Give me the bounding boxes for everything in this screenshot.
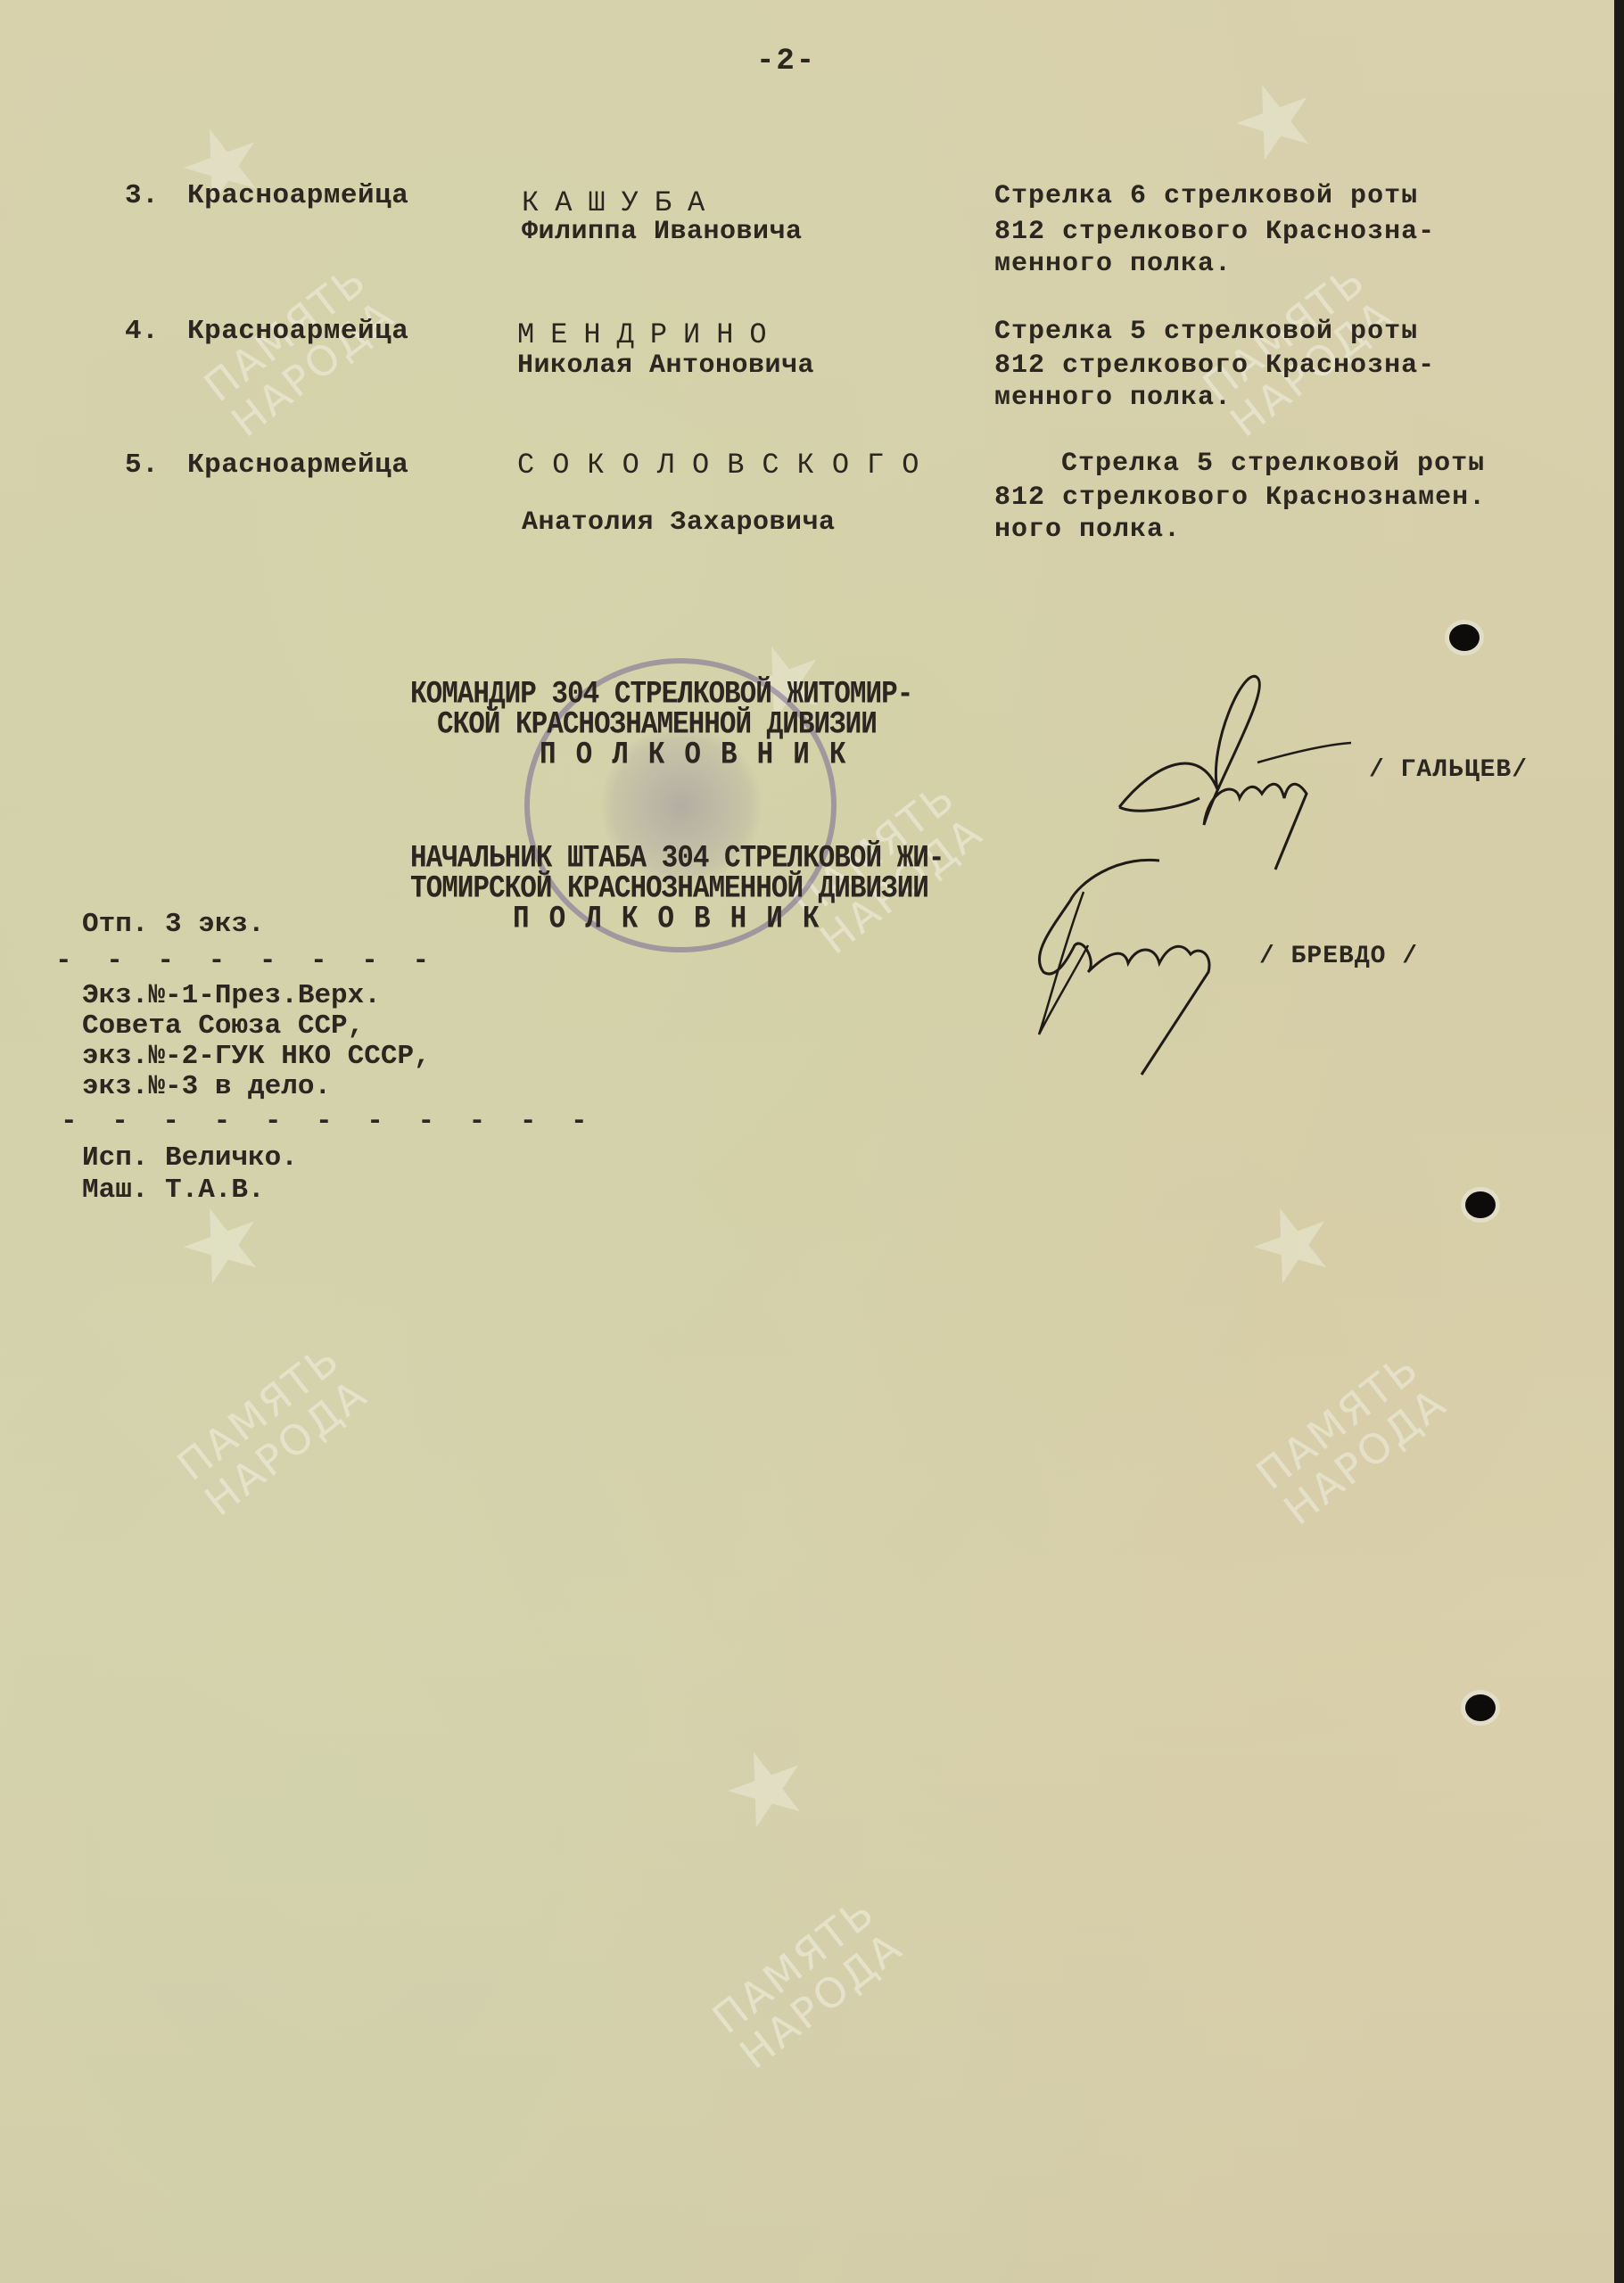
- punch-hole: [1449, 624, 1480, 651]
- chief-title-line: ТОМИРСКОЙ КРАСНОЗНАМЕННОЙ ДИВИЗИИ: [410, 874, 928, 905]
- entry-number: 3.: [125, 178, 159, 214]
- commander-signature: [1101, 655, 1369, 870]
- commander-name: / ГАЛЬЦЕВ/: [1369, 756, 1528, 784]
- entry-given-names: Анатолия Захаровича: [522, 505, 836, 540]
- distribution-line: Совета Союза ССР,: [82, 1013, 364, 1040]
- entry-rank: Красноармейца: [187, 314, 408, 350]
- entry-unit-line: менного полка.: [994, 380, 1232, 416]
- entry-rank: Красноармейца: [187, 178, 408, 214]
- entry-unit-line: 812 стрелкового Краснозна-: [994, 214, 1435, 250]
- entry-unit-line: Стрелка 5 стрелковой роты: [1061, 446, 1485, 482]
- distribution-line: Экз.№-1-През.Верх.: [82, 983, 381, 1010]
- entry-unit-line: менного полка.: [994, 246, 1232, 282]
- entry-rank: Красноармейца: [187, 448, 408, 483]
- chief-name: / БРЕВДО /: [1259, 943, 1418, 970]
- entry-unit-line: 812 стрелкового Краснозна-: [994, 348, 1435, 383]
- entry-number: 4.: [125, 314, 159, 350]
- distribution-line: экз.№-3 в дело.: [82, 1074, 331, 1100]
- chief-signature: [1026, 856, 1257, 1088]
- chief-title-line: НАЧАЛЬНИК ШТАБА 304 СТРЕЛКОВОЙ ЖИ-: [410, 844, 944, 875]
- commander-title-line: КОМАНДИР 304 СТРЕЛКОВОЙ ЖИТОМИР-: [410, 680, 912, 711]
- distribution-line: экз.№-2-ГУК НКО СССР,: [82, 1043, 431, 1070]
- copies-count: Отп. 3 экз.: [82, 911, 265, 938]
- punch-hole: [1465, 1694, 1496, 1721]
- page-number: -2-: [756, 45, 816, 78]
- entry-number: 5.: [125, 448, 159, 483]
- entry-surname: СОКОЛОВСКОГО: [517, 448, 936, 483]
- commander-rank: ПОЛКОВНИК: [540, 740, 865, 771]
- separator: - - - - - - - -: [55, 945, 438, 977]
- executor: Исп. Величко.: [82, 1145, 298, 1172]
- entry-unit-line: Стрелка 6 стрелковой роты: [994, 178, 1418, 214]
- entry-given-names: Филиппа Ивановича: [522, 214, 803, 250]
- entry-unit-line: ного полка.: [994, 512, 1181, 548]
- entry-given-names: Николая Антоновича: [517, 348, 814, 383]
- typist: Маш. Т.А.В.: [82, 1177, 265, 1204]
- entry-unit-line: 812 стрелкового Краснознамен.: [994, 480, 1486, 515]
- punch-hole: [1465, 1191, 1496, 1218]
- separator: - - - - - - - - - - -: [61, 1106, 597, 1137]
- chief-rank: ПОЛКОВНИК: [513, 904, 838, 935]
- entry-unit-line: Стрелка 5 стрелковой роты: [994, 314, 1418, 350]
- scan-edge: [1614, 0, 1624, 2283]
- commander-title-line: СКОЙ КРАСНОЗНАМЕННОЙ ДИВИЗИИ: [437, 710, 877, 741]
